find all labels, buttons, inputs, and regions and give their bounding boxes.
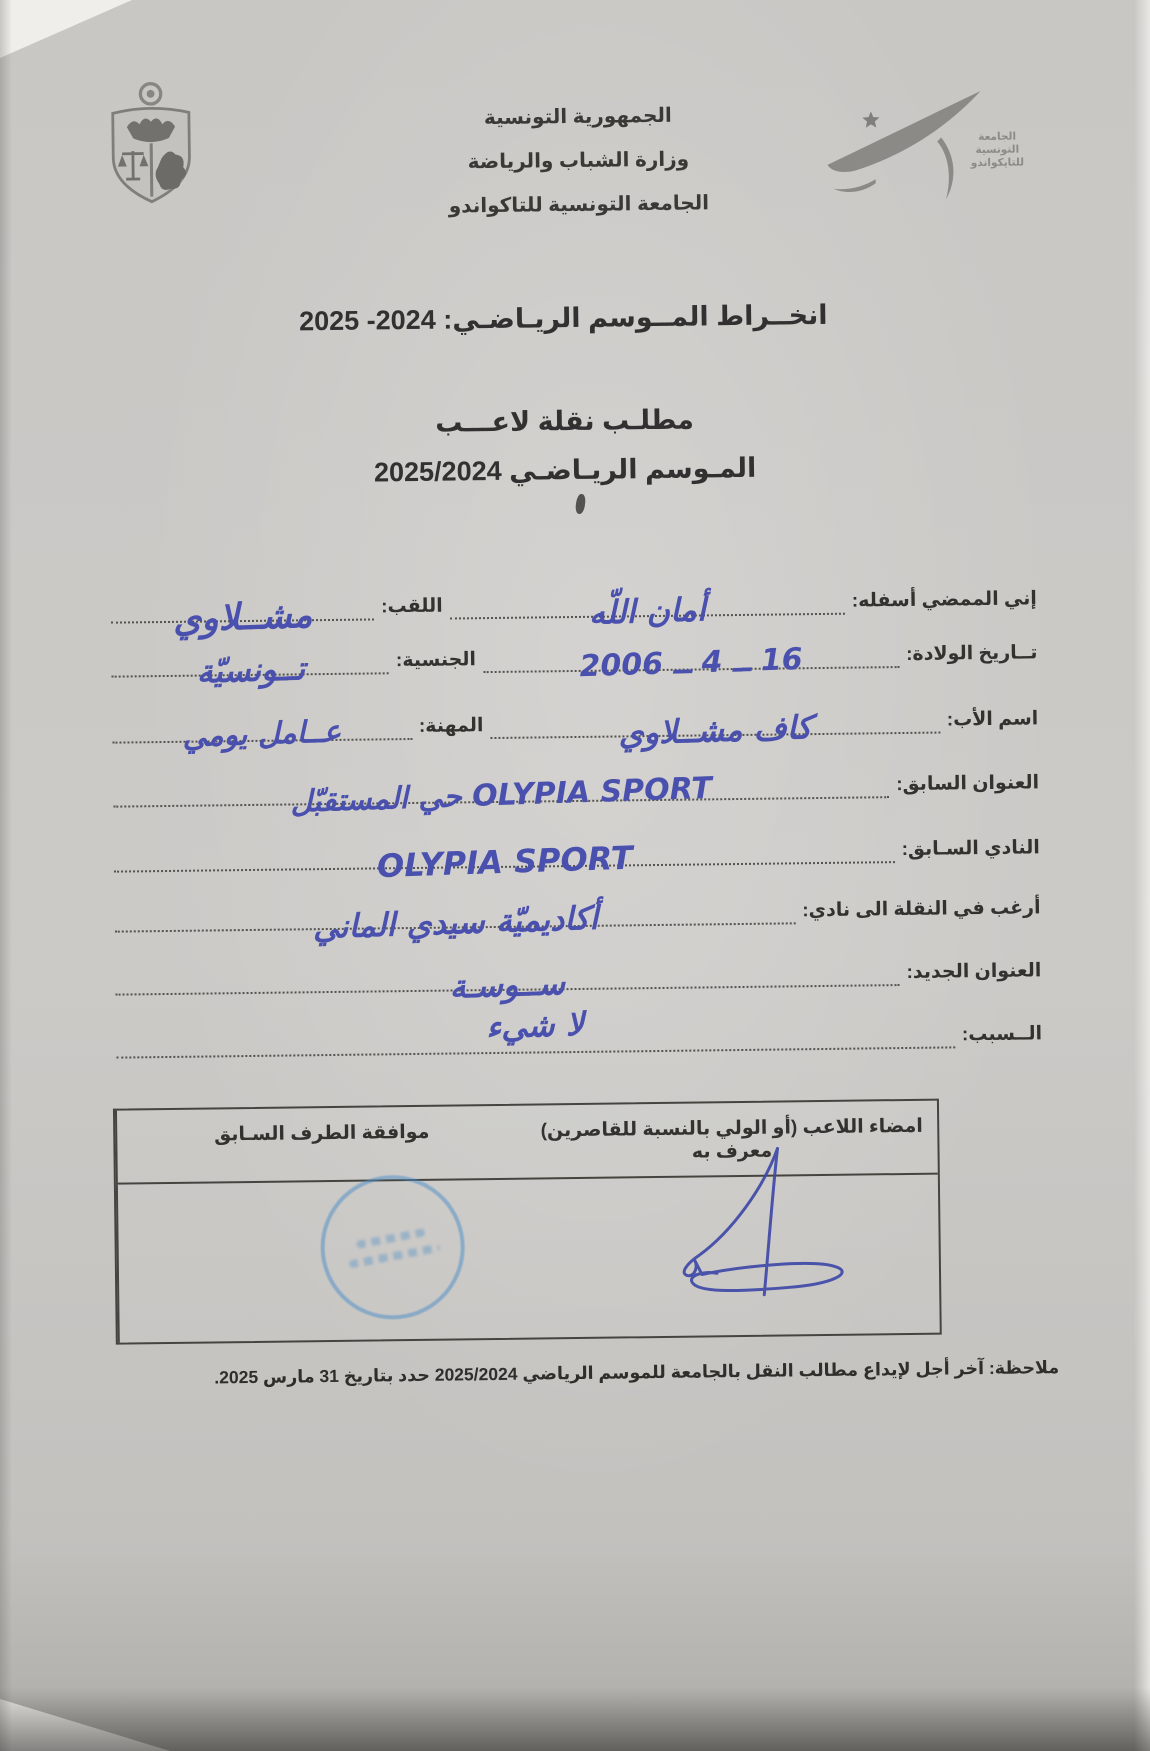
scan-edge-left xyxy=(0,0,12,1751)
field-first-name: أمان اللّه xyxy=(450,583,845,620)
handwritten-new-address: ســوسـة xyxy=(449,967,565,1003)
signature-approval-table: امضاء اللاعب (أو الولي بالنسبة للقاصرين)… xyxy=(113,1099,942,1345)
handwritten-father-name: كاف مشــلاوي xyxy=(618,711,812,749)
ministry-header: الجمهورية التونسية وزارة الشباب والرياضة… xyxy=(378,101,780,238)
label-birth-date: تــاريخ الولادة: xyxy=(906,641,1038,668)
federation-logo: الجامعة التونسية للتايكواندو xyxy=(812,78,1029,206)
field-nationality: تــونسيّة xyxy=(111,642,389,677)
handwritten-previous-address: OLYPIA SPORT حي المستقبّل xyxy=(290,774,713,818)
handwritten-surname: مشــلاوي xyxy=(172,598,313,639)
label-surname: اللقب: xyxy=(381,595,443,621)
label-undersigned: إني الممضي أسفله: xyxy=(852,587,1037,614)
season-subtitle: المـوسم الريـاضـي 2025/2024 xyxy=(0,448,1133,493)
header-previous-party-approval: موافقة الطرف السـابق xyxy=(115,1106,527,1183)
scan-edge-right xyxy=(1134,0,1150,1751)
federation-logo-text: الجامعة التونسية للتايكواندو xyxy=(962,130,1032,170)
handwritten-profession: عــامل يومي xyxy=(182,717,342,752)
form-row-target-club: أرغب في النقلة الى نادي: أكاديميّة سيدي … xyxy=(114,889,1040,932)
form-row-new-address: العنوان الجديد: ســوسـة xyxy=(115,952,1041,995)
label-profession: المهنة: xyxy=(419,714,484,740)
field-surname: مشــلاوي xyxy=(111,588,375,623)
handwritten-target-club: أكاديميّة سيدي الماني xyxy=(312,902,598,943)
transfer-request-title: مطلـب نقلة لاعـــب xyxy=(0,399,1133,444)
scan-bottom-shadow xyxy=(0,1687,1150,1751)
field-reason: لا شيء xyxy=(116,1016,955,1058)
handwritten-reason: لا شيء xyxy=(486,1008,585,1043)
field-profession: عــامل يومي xyxy=(112,708,412,744)
field-previous-address: OLYPIA SPORT حي المستقبّل xyxy=(113,766,890,807)
scanned-transfer-form: الجمهورية التونسية وزارة الشباب والرياضة… xyxy=(0,0,1150,1751)
header-line-ministry: وزارة الشباب والرياضة xyxy=(378,145,778,175)
field-previous-club: OLYPIA SPORT xyxy=(114,831,895,873)
header-line-republic: الجمهورية التونسية xyxy=(378,101,778,131)
form-row-father: اسم الأب: كاف مشــلاوي المهنة: عــامل يو… xyxy=(112,700,1038,743)
label-reason: الــسبب: xyxy=(962,1022,1042,1048)
field-birth-date: 16 ــ 4 ــ 2006 xyxy=(483,636,900,673)
form-row-previous-address: العنوان السابق: OLYPIA SPORT حي المستقبّ… xyxy=(113,764,1039,807)
handwritten-first-name: أمان اللّه xyxy=(588,593,706,629)
season-enrollment-title: انخــراط المــوسم الريـاضـي: 2024- 2025 xyxy=(0,296,1131,341)
label-nationality: الجنسية: xyxy=(396,648,476,674)
tunisia-coat-of-arms-icon xyxy=(84,80,218,214)
field-target-club: أكاديميّة سيدي الماني xyxy=(114,892,795,932)
handwritten-nationality: تــونسيّة xyxy=(196,652,305,688)
label-father-name: اسم الأب: xyxy=(947,707,1039,733)
label-new-address: العنوان الجديد: xyxy=(906,959,1041,986)
deadline-note: ملاحظة: آخر أجل لإيداع مطالب النقل بالجا… xyxy=(183,1357,1090,1389)
field-father-name: كاف مشــلاوي xyxy=(490,702,940,739)
label-previous-address: العنوان السابق: xyxy=(896,771,1039,798)
form-row-reason: الــسبب: لا شيء xyxy=(116,1015,1042,1058)
page-content: الجمهورية التونسية وزارة الشباب والرياضة… xyxy=(0,0,1150,1751)
field-new-address: ســوسـة xyxy=(115,954,900,996)
form-row-birth: تــاريخ الولادة: 16 ــ 4 ــ 2006 الجنسية… xyxy=(111,634,1037,677)
player-signature xyxy=(655,1141,867,1304)
label-target-club: أرغب في النقلة الى نادي: xyxy=(802,896,1041,924)
form-row-name: إني الممضي أسفله: أمان اللّه اللقب: مشــ… xyxy=(111,580,1037,623)
handwritten-previous-club: OLYPIA SPORT xyxy=(376,842,633,882)
handwritten-birth-date: 16 ــ 4 ــ 2006 xyxy=(579,645,803,682)
header-line-federation: الجامعة التونسية للتاكواندو xyxy=(379,189,779,219)
form-row-previous-club: النادي السـابق: OLYPIA SPORT xyxy=(114,829,1040,872)
label-previous-club: النادي السـابق: xyxy=(902,836,1040,863)
